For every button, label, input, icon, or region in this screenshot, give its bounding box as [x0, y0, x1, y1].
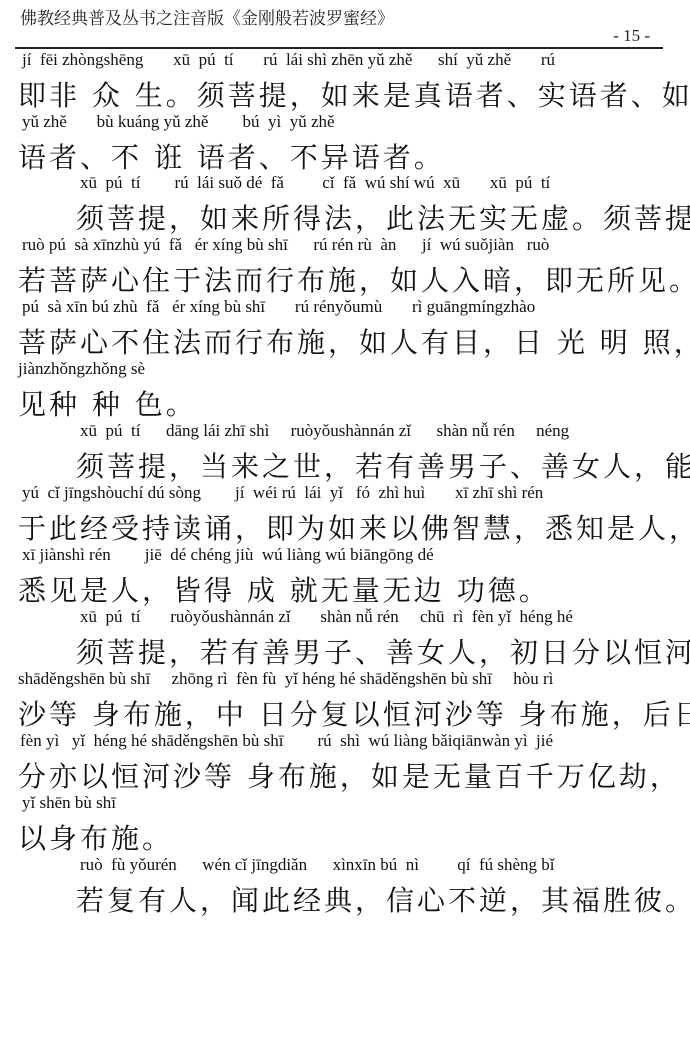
hanzi-line: 沙等 身布施，中 日分复以恒河沙等 身布施，后日 [18, 693, 690, 733]
pinyin-line: xū pú tí ruòyǒushànnán zǐ shàn nǚ rén ch… [80, 607, 573, 627]
hanzi-line: 以身布施。 [18, 817, 173, 857]
hanzi-line: 分亦以恒河沙等 身布施，如是无量百千万亿劫， [18, 755, 681, 795]
hanzi-line: 见种 种 色。 [18, 383, 197, 423]
hanzi-line: 若复有人，闻此经典，信心不逆，其福胜彼。 [76, 879, 690, 919]
pinyin-line: xū pú tí rú lái suǒ dé fǎ cǐ fǎ wú shí w… [80, 173, 550, 193]
hanzi-line: 于此经受持读诵，即为如来以佛智慧，悉知是人， [18, 507, 690, 547]
hanzi-line: 语者、不 诳 语者、不异语者。 [18, 136, 445, 176]
hanzi-line: 须菩提，当来之世，若有善男子、善女人，能 [76, 445, 690, 485]
pinyin-line: ruò fù yǒurén wén cǐ jīngdiǎn xìnxīn bú … [80, 855, 555, 875]
pinyin-line: jí fēi zhòngshēng xū pú tí rú lái shì zh… [22, 50, 555, 70]
pinyin-line: yǐ shēn bù shī [22, 793, 116, 813]
pinyin-line: yú cǐ jīngshòuchí dú sòng jí wéi rú lái … [22, 483, 543, 503]
hanzi-line: 菩萨心不住法而行布施，如人有目，日 光 明 照， [18, 321, 690, 361]
page-number: - 15 - [613, 26, 650, 46]
pinyin-line: xū pú tí dāng lái zhī shì ruòyǒushànnán … [80, 421, 569, 441]
pinyin-line: shāděngshēn bù shī zhōng rì fèn fù yǐ hé… [18, 669, 553, 689]
pinyin-line: xī jiànshì rén jiē dé chéng jiù wú liàng… [22, 545, 434, 565]
header-rule [15, 47, 663, 49]
pinyin-line: fèn yì yǐ héng hé shāděngshēn bù shī rú … [20, 731, 553, 751]
pinyin-line: yǔ zhě bù kuáng yǔ zhě bú yì yǔ zhě [22, 112, 335, 132]
hanzi-line: 须菩提，若有善男子、善女人，初日分以恒河 [76, 631, 690, 671]
pinyin-line: pú sà xīn bú zhù fǎ ér xíng bù shī rú ré… [22, 297, 535, 317]
hanzi-line: 悉见是人，皆得 成 就无量无边 功德。 [18, 569, 550, 609]
hanzi-line: 若菩萨心住于法而行布施，如人入暗，即无所见。若 [18, 259, 690, 299]
hanzi-line: 即非 众 生。须菩提，如来是真语者、实语者、如 [18, 74, 690, 114]
pinyin-line: jiànzhǒngzhǒng sè [18, 359, 145, 379]
pinyin-line: ruò pú sà xīnzhù yú fǎ ér xíng bù shī rú… [22, 235, 549, 255]
page-header-title: 佛教经典普及丛书之注音版《金刚般若波罗蜜经》 [20, 4, 394, 29]
hanzi-line: 须菩提，如来所得法，此法无实无虚。须菩提， [76, 197, 690, 237]
